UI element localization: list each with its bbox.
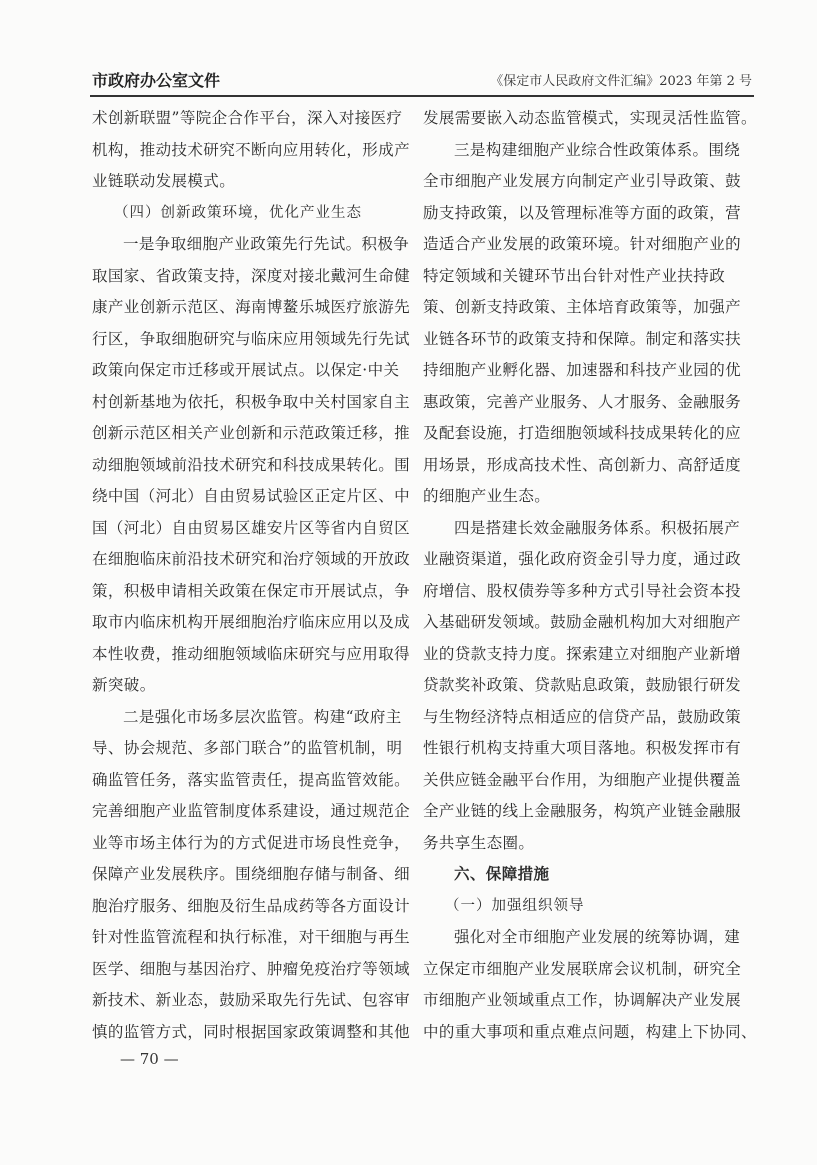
paragraph-start-line: 一是争取细胞产业政策先行先试。积极争 [92, 229, 418, 261]
header-office-title: 市政府办公室文件 [92, 68, 220, 91]
body-text-line: 医学、细胞与基因治疗、肿瘤免疫治疗等领域 [92, 954, 418, 986]
body-text-line: 创新示范区相关产业创新和示范政策迁移，推 [92, 418, 418, 450]
subsection-heading: （四）创新政策环境，优化产业生态 [92, 198, 418, 230]
paragraph-start-line: 四是搭建长效金融服务体系。积极拓展产 [423, 513, 753, 545]
body-text-line: 关供应链金融平台作用，为细胞产业提供覆盖 [423, 765, 753, 797]
header-divider [90, 95, 754, 97]
body-text-line: 康产业创新示范区、海南博鳌乐城医疗旅游先 [92, 292, 418, 324]
body-text-line: 新突破。 [92, 670, 418, 702]
body-text-line: 持细胞产业孵化器、加速器和科技产业园的优 [423, 355, 753, 387]
body-text-line: 术创新联盟”等院企合作平台，深入对接医疗 [92, 103, 418, 135]
body-text-line: 务共享生态圈。 [423, 828, 753, 860]
paragraph-start-line: 二是强化市场多层次监管。构建“政府主 [92, 702, 418, 734]
body-text-line: 取国家、省政策支持，深度对接北戴河生命健 [92, 261, 418, 293]
body-text-line: 针对性监管流程和执行标准，对干细胞与再生 [92, 922, 418, 954]
subsection-heading: （一）加强组织领导 [423, 891, 753, 923]
paragraph-start-line: 三是构建细胞产业综合性政策体系。围绕 [423, 135, 753, 167]
body-text-line: 策，积极申请相关政策在保定市开展试点，争 [92, 576, 418, 608]
body-text-line: 新技术、新业态，鼓励采取先行先试、包容审 [92, 985, 418, 1017]
body-text-line: 胞治疗服务、细胞及衍生品成药等各方面设计 [92, 891, 418, 923]
right-column: 发展需要嵌入动态监管模式，实现灵活性监管。三是构建细胞产业综合性政策体系。围绕全… [423, 103, 753, 1048]
body-text-line: 机构，推动技术研究不断向应用转化，形成产 [92, 135, 418, 167]
body-text-line: 完善细胞产业监管制度体系建设，通过规范企 [92, 796, 418, 828]
paragraph-start-line: 强化对全市细胞产业发展的统筹协调，建 [423, 922, 753, 954]
body-text-line: 市细胞产业领域重点工作，协调解决产业发展 [423, 985, 753, 1017]
body-text-line: 村创新基地为依托，积极争取中关村国家自主 [92, 387, 418, 419]
body-text-line: 在细胞临床前沿技术研究和治疗领域的开放政 [92, 544, 418, 576]
body-text-line: 业等市场主体行为的方式促进市场良性竞争， [92, 828, 418, 860]
body-text-line: 与生物经济特点相适应的信贷产品，鼓励政策 [423, 702, 753, 734]
header-publication-title: 《保定市人民政府文件汇编》2023 年第 2 号 [490, 70, 752, 89]
body-text-line: 入基础研发领域。鼓励金融机构加大对细胞产 [423, 607, 753, 639]
body-text-line: 业链各环节的政策支持和保障。制定和落实扶 [423, 324, 753, 356]
body-text-line: 行区，争取细胞研究与临床应用领域先行先试 [92, 324, 418, 356]
body-text-line: 全产业链的线上金融服务，构筑产业链金融服 [423, 796, 753, 828]
body-text-line: 府增信、股权债券等多种方式引导社会资本投 [423, 576, 753, 608]
body-text-line: 立保定市细胞产业发展联席会议机制，研究全 [423, 954, 753, 986]
body-text-line: 确监管任务，落实监管责任，提高监管效能。 [92, 765, 418, 797]
body-text-line: 导、协会规范、多部门联合”的监管机制，明 [92, 733, 418, 765]
body-text-line: 国（河北）自由贸易区雄安片区等省内自贸区 [92, 513, 418, 545]
body-text-line: 特定领域和关键环节出台针对性产业扶持政 [423, 261, 753, 293]
body-text-line: 中的重大事项和重点难点问题，构建上下协同、 [423, 1017, 753, 1049]
body-text-line: 保障产业发展秩序。围绕细胞存储与制备、细 [92, 859, 418, 891]
body-text-line: 本性收费，推动细胞领域临床研究与应用取得 [92, 639, 418, 671]
body-text-line: 动细胞领域前沿技术研究和科技成果转化。围 [92, 450, 418, 482]
body-text-line: 策、创新支持政策、主体培育政策等，加强产 [423, 292, 753, 324]
body-text-line: 业融资渠道，强化政府资金引导力度，通过政 [423, 544, 753, 576]
body-text-line: 发展需要嵌入动态监管模式，实现灵活性监管。 [423, 103, 753, 135]
body-text-line: 业链联动发展模式。 [92, 166, 418, 198]
page-header: 市政府办公室文件 《保定市人民政府文件汇编》2023 年第 2 号 [92, 68, 752, 94]
body-text-line: 及配套设施，打造细胞领域科技成果转化的应 [423, 418, 753, 450]
body-text-line: 贷款奖补政策、贷款贴息政策，鼓励银行研发 [423, 670, 753, 702]
body-text-line: 励支持政策，以及管理标准等方面的政策，营 [423, 198, 753, 230]
body-text-line: 绕中国（河北）自由贸易试验区正定片区、中 [92, 481, 418, 513]
section-heading: 六、保障措施 [423, 859, 753, 891]
body-text-line: 取市内临床机构开展细胞治疗临床应用以及成 [92, 607, 418, 639]
body-text-line: 全市细胞产业发展方向制定产业引导政策、鼓 [423, 166, 753, 198]
body-text-line: 性银行机构支持重大项目落地。积极发挥市有 [423, 733, 753, 765]
body-text-line: 慎的监管方式，同时根据国家政策调整和其他 [92, 1017, 418, 1049]
body-text-line: 用场景，形成高技术性、高创新力、高舒适度 [423, 450, 753, 482]
page-number: — 70 — [120, 1050, 179, 1068]
body-text-line: 业的贷款支持力度。探索建立对细胞产业新增 [423, 639, 753, 671]
body-text-line: 的细胞产业生态。 [423, 481, 753, 513]
left-column: 术创新联盟”等院企合作平台，深入对接医疗机构，推动技术研究不断向应用转化，形成产… [92, 103, 418, 1048]
body-text-line: 政策向保定市迁移或开展试点。以保定·中关 [92, 355, 418, 387]
body-text-line: 惠政策，完善产业服务、人才服务、金融服务 [423, 387, 753, 419]
body-text-line: 造适合产业发展的政策环境。针对细胞产业的 [423, 229, 753, 261]
